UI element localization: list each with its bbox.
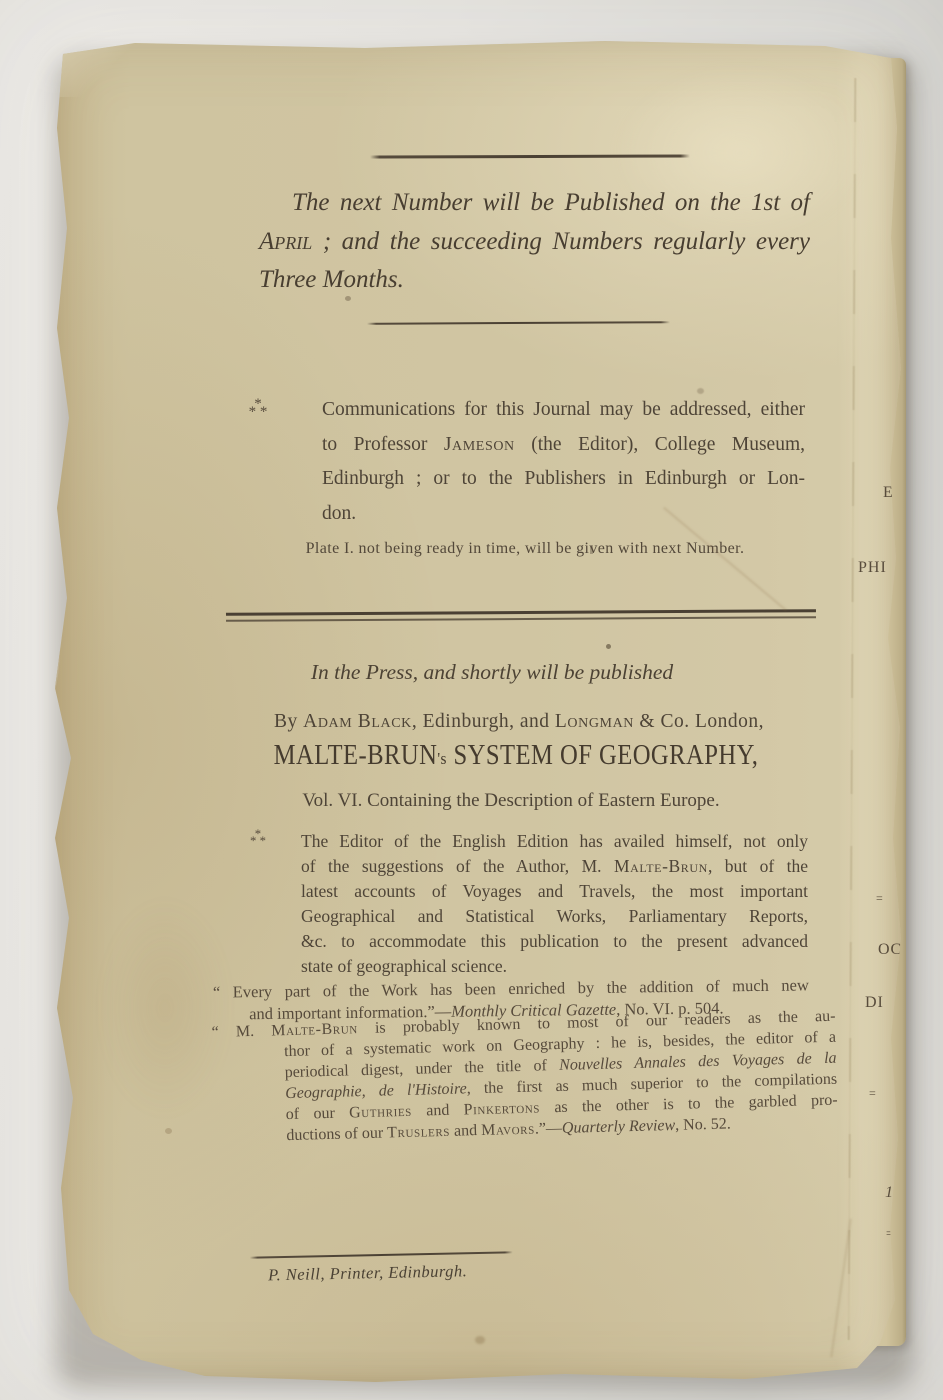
paper-chip <box>40 188 52 230</box>
text-segment: Longman <box>555 711 634 732</box>
paper-speck <box>475 1336 485 1344</box>
edge-fragment: PHI <box>858 559 887 577</box>
text-line: Geographical and Statistical Works, Parl… <box>301 904 808 929</box>
text-segment: Malte-Brun <box>614 856 708 876</box>
text-segment: Geographie, de l'Histoire <box>285 1080 467 1102</box>
text-segment: of the suggestions of the Author, M. <box>301 856 614 876</box>
text-segment: Plate I. not being ready in time, will b… <box>306 540 745 557</box>
edge-fragment: = <box>876 891 884 906</box>
paper-stain <box>100 898 230 1118</box>
corner-fold <box>53 42 133 97</box>
text-segment: state of geographical science. <box>301 956 507 976</box>
text-segment: Quarterly Review <box>562 1117 676 1137</box>
text-segment: “ M. <box>211 1022 271 1041</box>
text-segment: , No. 52. <box>675 1115 731 1133</box>
text-segment: .”— <box>535 1120 563 1138</box>
divider-rule-top <box>370 154 690 158</box>
book-cover: The next Number will be Published on the… <box>45 38 905 1390</box>
text-segment: Geographical and Statistical Works, Parl… <box>301 906 808 926</box>
text-segment: Three Months. <box>259 266 404 293</box>
double-rule-bottom-line <box>226 616 816 622</box>
text-line: April ; and the succeeding Numbers regul… <box>259 223 810 262</box>
text-segment: latest accounts of Voyages and Travels, … <box>301 881 808 901</box>
text-segment: Adam Black <box>303 711 412 732</box>
text-segment: Edinburgh ; or to the Publishers in Edin… <box>322 468 805 489</box>
plate-note: Plate I. not being ready in time, will b… <box>225 540 825 558</box>
publication-notice: The next Number will be Published on the… <box>259 184 810 300</box>
asterism-icon: * * * <box>243 831 274 845</box>
text-line: of the suggestions of the Author, M. Mal… <box>301 854 808 879</box>
text-segment: Vol. VI. Containing the Description of E… <box>302 790 719 811</box>
cover-crease <box>848 78 857 1340</box>
asterism-bottom: * * <box>243 838 274 845</box>
text-segment: The next Number will be Published on the… <box>292 189 810 216</box>
edge-fragment: DI <box>865 994 884 1012</box>
edge-fragment: OC <box>878 941 902 959</box>
double-rule-top-line <box>226 609 816 616</box>
text-segment: , but of the <box>708 856 808 876</box>
text-line: latest accounts of Voyages and Travels, … <box>301 879 808 904</box>
text-segment: Communications for this Journal may be a… <box>322 399 805 420</box>
paper-speck <box>165 1128 172 1134</box>
text-segment: Pinkertons <box>463 1099 540 1118</box>
text-segment: of our <box>286 1104 350 1123</box>
text-segment: Mavors <box>481 1121 535 1139</box>
text-segment: Truslers <box>387 1123 450 1142</box>
section-divider-double-rule <box>226 609 816 622</box>
text-line: to Professor Jameson (the Editor), Colle… <box>322 428 805 463</box>
text-segment: MALTE-BRUN <box>274 740 438 771</box>
volume-line: Vol. VI. Containing the Description of E… <box>211 790 811 812</box>
text-line: The Editor of the English Edition has av… <box>301 829 808 854</box>
text-segment: SYSTEM OF GEOGRAPHY, <box>447 740 758 771</box>
printer-imprint-text: P. Neill, Printer, Edinburgh. <box>268 1260 513 1285</box>
text-line: Three Months. <box>259 261 810 300</box>
text-segment: 's <box>437 749 447 768</box>
text-segment: (the Editor), College Museum, <box>515 434 805 455</box>
text-segment: In the Press, and shortly will be publis… <box>311 660 673 684</box>
text-segment: The Editor of the English Edition has av… <box>301 831 808 851</box>
imprint-rule <box>250 1251 513 1259</box>
paper-chip <box>41 1113 55 1168</box>
text-segment: ductions of our <box>286 1124 387 1144</box>
text-line: &c. to accommodate this publication to t… <box>301 929 808 954</box>
paper-speck <box>606 644 611 649</box>
text-segment: and <box>412 1101 464 1119</box>
text-segment: ; and the succeeding Numbers regularly e… <box>312 228 810 255</box>
editor-note: * * * The Editor of the English Edition … <box>277 829 808 979</box>
text-segment: to Professor <box>322 434 444 455</box>
communications-note: * * * Communications for this Journal ma… <box>282 393 805 531</box>
text-line: Communications for this Journal may be a… <box>322 393 805 428</box>
divider-rule-middle <box>367 321 670 325</box>
text-line: The next Number will be Published on the… <box>259 184 810 223</box>
text-segment: don. <box>322 503 356 524</box>
photo-backdrop: The next Number will be Published on the… <box>0 0 943 1400</box>
printer-imprint: P. Neill, Printer, Edinburgh. <box>250 1251 514 1286</box>
text-segment: By <box>274 711 303 732</box>
text-segment: & Co. London, <box>634 711 764 732</box>
text-segment: &c. to accommodate this publication to t… <box>301 931 808 951</box>
text-segment: Jameson <box>444 434 515 455</box>
text-segment: April <box>259 228 312 255</box>
review-quote-2: “ M. Malte-Brun is probably known to mos… <box>211 1006 838 1148</box>
in-press-line: In the Press, and shortly will be publis… <box>192 660 792 685</box>
text-line: Edinburgh ; or to the Publishers in Edin… <box>322 462 805 497</box>
edge-fragment: = <box>869 1086 877 1101</box>
asterism-bottom: * * <box>240 408 276 416</box>
text-segment: and <box>450 1122 482 1140</box>
text-line: don. <box>322 497 805 532</box>
book-title: MALTE-BRUN's SYSTEM OF GEOGRAPHY, <box>252 740 780 772</box>
asterism-icon: * * * <box>240 400 276 416</box>
publisher-line: By Adam Black, Edinburgh, and Longman & … <box>219 711 819 733</box>
text-segment: , Edinburgh, and <box>412 711 555 732</box>
text-segment: Malte-Brun <box>271 1020 358 1039</box>
text-segment: Guthries <box>349 1103 412 1122</box>
